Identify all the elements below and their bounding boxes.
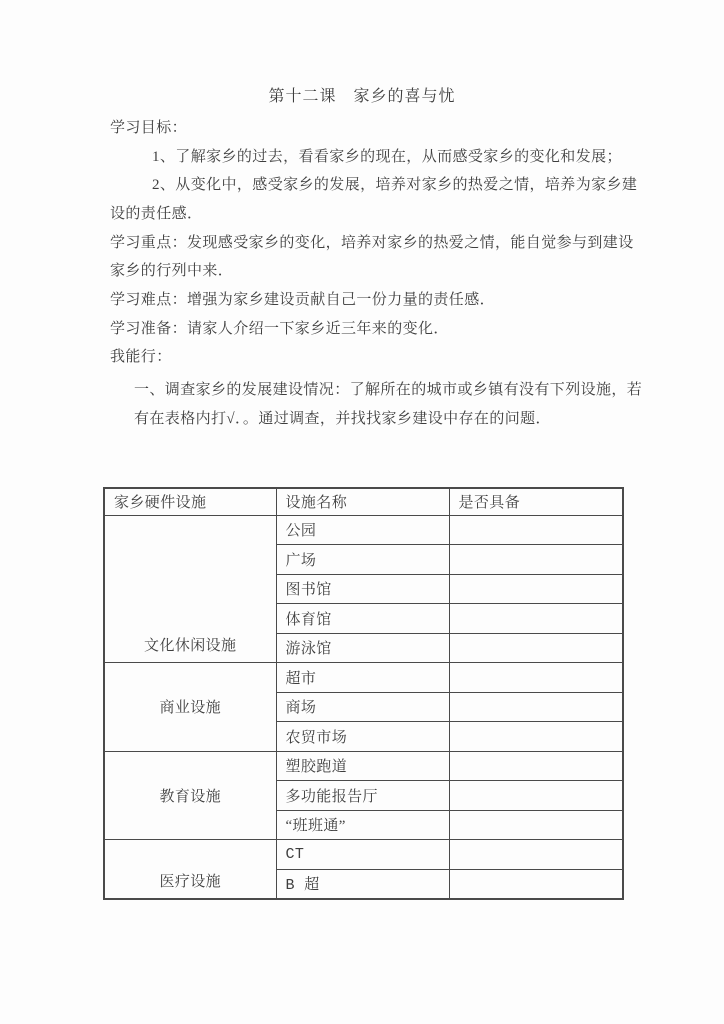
facility-name-cell: 游泳馆 — [276, 633, 449, 663]
paragraph-line: 设的责任感． — [110, 200, 630, 229]
category-cell: 商业设施 — [104, 663, 276, 752]
category-cell: 文化休闲设施 — [104, 515, 276, 663]
table-row: 教育设施 塑胶跑道 — [104, 751, 623, 781]
facility-name-cell: 图书馆 — [276, 574, 449, 604]
category-cell: 医疗设施 — [104, 840, 276, 899]
document-body: 学习目标： 1、了解家乡的过去，看看家乡的现在，从而感受家乡的变化和发展； 2、… — [110, 114, 630, 433]
table-row: 文化休闲设施 公园 — [104, 515, 623, 545]
category-cell: 教育设施 — [104, 751, 276, 840]
paragraph-line: 有在表格内打√．。通过调查，并找找家乡建设中存在的问题． — [110, 405, 630, 434]
availability-cell — [449, 545, 623, 575]
header-cell-availability: 是否具备 — [449, 488, 623, 515]
paragraph-line: 学习重点：发现感受家乡的变化，培养对家乡的热爱之情，能自觉参与到建设 — [110, 229, 630, 258]
availability-cell — [449, 781, 623, 811]
facility-name-cell: B 超 — [276, 869, 449, 899]
availability-cell — [449, 574, 623, 604]
paragraph-line: 一、调查家乡的发展建设情况：了解所在的城市或乡镇有没有下列设施，若 — [110, 376, 630, 405]
facility-name-cell: 超市 — [276, 663, 449, 693]
availability-cell — [449, 751, 623, 781]
facility-name-cell: 多功能报告厅 — [276, 781, 449, 811]
availability-cell — [449, 692, 623, 722]
facility-name-cell: CT — [276, 840, 449, 870]
facilities-survey-table: 家乡硬件设施 设施名称 是否具备 文化休闲设施 公园 广场 图书馆 体育馆 — [103, 487, 624, 900]
availability-cell — [449, 515, 623, 545]
facility-name-cell: 公园 — [276, 515, 449, 545]
paragraph-line: 家乡的行列中来． — [110, 257, 630, 286]
availability-cell — [449, 722, 623, 752]
header-cell-facility: 设施名称 — [276, 488, 449, 515]
table-row: 商业设施 超市 — [104, 663, 623, 693]
paragraph-line: 学习准备：请家人介绍一下家乡近三年来的变化． — [110, 315, 630, 344]
facility-name-cell: “班班通” — [276, 810, 449, 840]
paragraph-line: 1、了解家乡的过去，看看家乡的现在，从而感受家乡的变化和发展； — [110, 143, 630, 172]
facility-name-cell: 体育馆 — [276, 604, 449, 634]
paragraph-line: 学习目标： — [110, 114, 630, 143]
paragraph-line: 2、从变化中，感受家乡的发展，培养对家乡的热爱之情，培养为家乡建 — [110, 171, 630, 200]
facility-name-cell: 农贸市场 — [276, 722, 449, 752]
lesson-title: 第十二课 家乡的喜与忧 — [0, 86, 724, 108]
paragraph-line: 我能行： — [110, 343, 630, 372]
availability-cell — [449, 633, 623, 663]
availability-cell — [449, 604, 623, 634]
table-row: 医疗设施 CT — [104, 840, 623, 870]
facility-name-cell: 塑胶跑道 — [276, 751, 449, 781]
table-header-row: 家乡硬件设施 设施名称 是否具备 — [104, 488, 623, 515]
availability-cell — [449, 810, 623, 840]
document-page: 第十二课 家乡的喜与忧 学习目标： 1、了解家乡的过去，看看家乡的现在，从而感受… — [0, 0, 724, 1024]
facility-name-cell: 商场 — [276, 692, 449, 722]
availability-cell — [449, 663, 623, 693]
paragraph-line: 学习难点：增强为家乡建设贡献自己一份力量的责任感． — [110, 286, 630, 315]
availability-cell — [449, 869, 623, 899]
header-cell-category: 家乡硬件设施 — [104, 488, 276, 515]
availability-cell — [449, 840, 623, 870]
facility-name-cell: 广场 — [276, 545, 449, 575]
